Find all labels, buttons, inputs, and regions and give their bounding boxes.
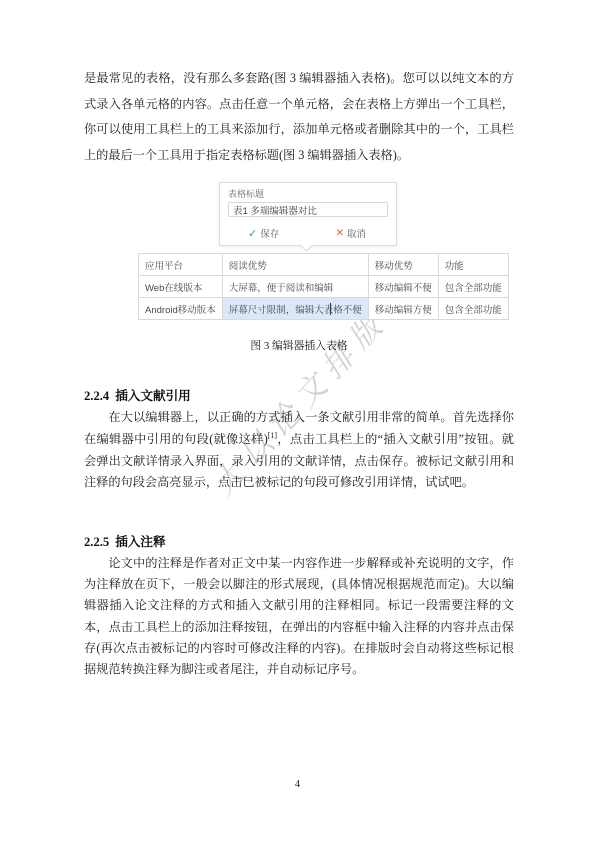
save-button[interactable]: ✓ 保存 xyxy=(248,226,279,240)
figure-caption: 图 3 编辑器插入表格 xyxy=(84,338,514,353)
header-cell-mobile[interactable]: 移动优势 xyxy=(368,254,438,276)
cell-android-mobile[interactable]: 移动编辑方便 xyxy=(368,298,438,320)
cancel-button[interactable]: ✕ 取消 xyxy=(336,226,366,240)
section-heading-citation: 2.2.4插入文献引用 xyxy=(84,385,191,404)
header-cell-features[interactable]: 功能 xyxy=(438,254,508,276)
save-button-label: 保存 xyxy=(260,226,279,240)
cell-web-reading[interactable]: 大屏幕，便于阅读和编辑 xyxy=(222,276,368,298)
page-number: 4 xyxy=(0,779,595,790)
cancel-button-label: 取消 xyxy=(347,226,366,240)
header-cell-reading[interactable]: 阅读优势 xyxy=(222,254,368,276)
section-title: 插入文献引用 xyxy=(115,389,191,403)
table-row: Web在线版本 大屏幕，便于阅读和编辑 移动编辑不便 包含全部功能 xyxy=(139,276,509,298)
close-icon: ✕ xyxy=(336,228,344,239)
section-title: 插入注释 xyxy=(115,535,165,549)
table-title-dialog: 表格标题 ✓ 保存 ✕ 取消 xyxy=(219,182,397,246)
section-heading-note: 2.2.5插入注释 xyxy=(84,531,166,550)
cell-android-reading-selected[interactable]: 屏幕尺寸限制，编辑大表格不便 xyxy=(222,298,368,320)
section-number: 2.2.5 xyxy=(84,535,109,549)
header-cell-platform[interactable]: 应用平台 xyxy=(139,254,223,276)
paragraph-note: 论文中的注释是作者对正文中某一内容作进一步解释或补充说明的文字，作为注释放在页下… xyxy=(84,553,514,680)
table-row: Android移动版本 屏幕尺寸限制，编辑大表格不便 移动编辑方便 包含全部功能 xyxy=(139,298,509,320)
document-page: 大以论文排版 是最常见的表格，没有那么多套路(图 3 编辑器插入表格)。您可以以… xyxy=(0,0,595,842)
cell-web-platform[interactable]: Web在线版本 xyxy=(139,276,223,298)
dialog-caret-pointer xyxy=(300,239,313,252)
paragraph-table-intro: 是最常见的表格，没有那么多套路(图 3 编辑器插入表格)。您可以以纯文本的方式录… xyxy=(84,66,514,168)
cell-android-features[interactable]: 包含全部功能 xyxy=(438,298,508,320)
paragraph-citation: 在大以编辑器上，以正确的方式插入一条文献引用非常的简单。首先选择你在编辑器中引用… xyxy=(84,407,514,494)
cell-web-mobile[interactable]: 移动编辑不便 xyxy=(368,276,438,298)
citation-superscript: [1] xyxy=(268,431,277,440)
cell-android-platform[interactable]: Android移动版本 xyxy=(139,298,223,320)
table-title-input[interactable] xyxy=(228,202,388,217)
cell-web-features[interactable]: 包含全部功能 xyxy=(438,276,508,298)
table-title-label: 表格标题 xyxy=(228,189,388,199)
check-icon: ✓ xyxy=(248,227,257,240)
table-header-row: 应用平台 阅读优势 移动优势 功能 xyxy=(139,254,509,276)
editor-comparison-table: 应用平台 阅读优势 移动优势 功能 Web在线版本 大屏幕，便于阅读和编辑 移动… xyxy=(138,253,509,320)
dialog-actions: ✓ 保存 ✕ 取消 xyxy=(228,226,388,240)
section-number: 2.2.4 xyxy=(84,389,109,403)
text-cursor-caret xyxy=(330,303,331,315)
